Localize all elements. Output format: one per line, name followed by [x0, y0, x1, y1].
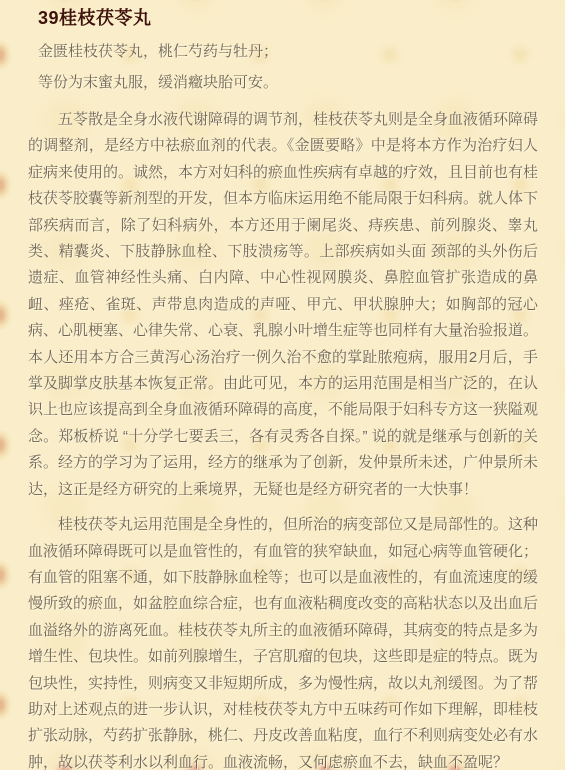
paragraph-1: 五苓散是全身水液代谢障碍的调节剂，桂枝茯苓丸则是全身血液循环障碍的调整剂，是经方…	[28, 107, 538, 503]
verse-line-2: 等份为末蜜丸服，缓消癥块胎可安。	[38, 74, 538, 92]
verse-line-1: 金匮桂枝茯苓丸，桃仁芍药与牡丹；	[38, 43, 538, 61]
ebook-page: 39桂枝茯苓丸 金匮桂枝茯苓丸，桃仁芍药与牡丹； 等份为末蜜丸服，缓消癥块胎可安…	[0, 0, 565, 770]
paragraph-2: 桂枝茯苓丸运用范围是全身性的，但所治的病变部位又是局部性的。这种血液循环障碍既可…	[28, 512, 538, 770]
article: 39桂枝茯苓丸 金匮桂枝茯苓丸，桃仁芍药与牡丹； 等份为末蜜丸服，缓消癥块胎可安…	[0, 0, 565, 770]
page-title: 39桂枝茯苓丸	[38, 6, 538, 30]
